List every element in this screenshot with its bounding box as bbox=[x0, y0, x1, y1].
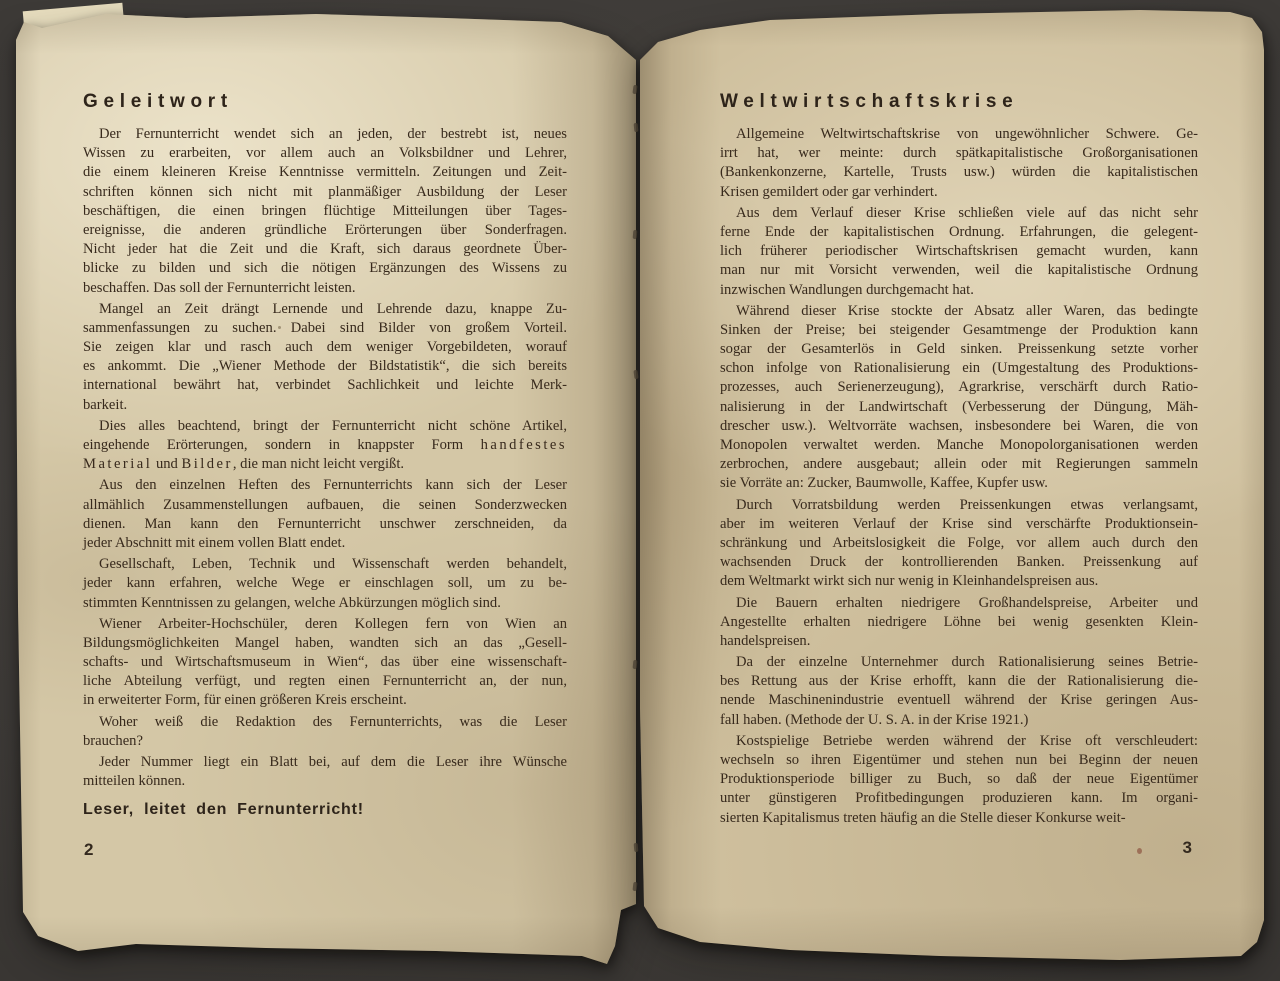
text-line: Kostspielige Betriebe werden während der… bbox=[720, 732, 1198, 751]
page-number: 2 bbox=[84, 840, 93, 860]
text-line: Wiener Arbeiter-Hochschüler, deren Kolle… bbox=[83, 615, 567, 634]
text-line: jeder Abschnitt mit einem vollen Blatt e… bbox=[83, 534, 567, 553]
binding-stitch bbox=[632, 85, 637, 94]
page-right-wrap: Weltwirtschaftskrise Allgemeine Weltwirt… bbox=[640, 8, 1264, 964]
text-line: zerbrochen, andere ausgebaut; allein ode… bbox=[720, 455, 1198, 474]
page-body: Allgemeine Weltwirtschaftskrise von unge… bbox=[720, 125, 1198, 828]
paragraph: Jeder Nummer liegt ein Blatt bei, auf de… bbox=[83, 753, 567, 791]
text-line: irrt hat, wer meinte: durch spätkapitali… bbox=[720, 144, 1198, 163]
text-line: Sie zeigen klar und rasch auch dem wenig… bbox=[83, 338, 567, 357]
text-line: Bildungsmöglichkeiten Mangel haben, wand… bbox=[83, 634, 567, 653]
letterspaced-emphasis: handfestes bbox=[481, 437, 567, 453]
paragraph: Durch Vorratsbildung werden Preissenkung… bbox=[720, 496, 1198, 592]
binding-stitch bbox=[633, 370, 638, 379]
text-line: sammenfassungen zu suchen. Dabei sind Bi… bbox=[83, 319, 567, 338]
paragraph: Gesellschaft, Leben, Technik und Wissens… bbox=[83, 555, 567, 613]
text-line: unter günstigeren Profitbedingungen prod… bbox=[720, 789, 1198, 808]
text-line: Allgemeine Weltwirtschaftskrise von unge… bbox=[720, 125, 1198, 144]
paragraph: Die Bauern erhalten niedrigere Großhande… bbox=[720, 594, 1198, 652]
paragraph: Aus den einzelnen Heften des Fernunterri… bbox=[83, 476, 567, 553]
paragraph: Da der einzelne Unternehmer durch Ration… bbox=[720, 653, 1198, 730]
text-line: Da der einzelne Unternehmer durch Ration… bbox=[720, 653, 1198, 672]
binding-stitch bbox=[634, 123, 639, 132]
text-line: Material und Bilder, die man nicht leich… bbox=[83, 455, 567, 474]
text-line: lich früherer periodischer Wirtschaftskr… bbox=[720, 242, 1198, 261]
paragraph: Kostspielige Betriebe werden während der… bbox=[720, 732, 1198, 828]
text-line: schafts- und Wirtschaftsmuseum in Wien“,… bbox=[83, 653, 567, 672]
text-line: Angestellte erhalten niedrigere Löhne be… bbox=[720, 613, 1198, 632]
page-number: 3 bbox=[1183, 838, 1192, 858]
text-line: Sinken der Preise; bei steigender Gesamt… bbox=[720, 321, 1198, 340]
text-line: Die Bauern erhalten niedrigere Großhande… bbox=[720, 594, 1198, 613]
text-line: prozesses, auch Serienerzeugung), Agrark… bbox=[720, 378, 1198, 397]
text-line: dem Weltmarkt wirkt sich nur wenig in Kl… bbox=[720, 572, 1198, 591]
text-line: schriften können sich nicht mit planmäßi… bbox=[83, 183, 567, 202]
text-line: fall haben. (Methode der U. S. A. in der… bbox=[720, 711, 1198, 730]
book-scan: Geleitwort Der Fernunterricht wendet sic… bbox=[0, 0, 1280, 981]
page-left-content: Geleitwort Der Fernunterricht wendet sic… bbox=[83, 92, 567, 793]
text-line: (Bankenkonzerne, Kartelle, Trusts usw.) … bbox=[720, 163, 1198, 182]
text-line: barkeit. bbox=[83, 396, 567, 415]
text-line: sierten Kapitalismus treten häufig an di… bbox=[720, 809, 1198, 828]
paper-speck bbox=[1137, 848, 1142, 854]
text-line: jeder kann erfahren, welche Wege er eins… bbox=[83, 574, 567, 593]
paragraph: Dies alles beachtend, bringt der Fernunt… bbox=[83, 417, 567, 475]
text-line: stimmten Kenntnissen zu gelangen, welche… bbox=[83, 594, 567, 613]
closing-line: Leser, leitet den Fernunterricht! bbox=[83, 801, 364, 819]
text-line: beschäftigen, die einen bringen flüchtig… bbox=[83, 202, 567, 221]
binding-stitch bbox=[633, 230, 638, 239]
text-line: dienen. Man kann den Fernunterricht unsc… bbox=[83, 515, 567, 534]
text-line: sogar der Gesamterlös in Geld sinken. Pr… bbox=[720, 340, 1198, 359]
text-line: liche Abteilung verfügt, und regten eine… bbox=[83, 672, 567, 691]
text-line: inzwischen Wandlungen durchgemacht hat. bbox=[720, 281, 1198, 300]
paragraph: Mangel an Zeit drängt Lernende und Lehre… bbox=[83, 300, 567, 415]
text-line: Jeder Nummer liegt ein Blatt bei, auf de… bbox=[83, 753, 567, 772]
text-line: ereignisse, die anderen gründliche Erört… bbox=[83, 221, 567, 240]
text-line: in erweiterter Form, für einen größeren … bbox=[83, 691, 567, 710]
text-line: drescher usw.). Weltvorräte wachsen, ins… bbox=[720, 417, 1198, 436]
text-line: Woher weiß die Redaktion des Fernunterri… bbox=[83, 713, 567, 732]
text-line: aber im weiteren Verlauf der Krise sind … bbox=[720, 515, 1198, 534]
text-line: bes Rettung aus der Krise erhofft, kann … bbox=[720, 672, 1198, 691]
text-line: wechseln so ihren Eigentümer und stehen … bbox=[720, 751, 1198, 770]
text-line: nende Maschinenindustrie eventuell währe… bbox=[720, 691, 1198, 710]
paragraph: Aus dem Verlauf dieser Krise schließen v… bbox=[720, 204, 1198, 300]
text-line: schon infolge von Rationalisierung ein (… bbox=[720, 359, 1198, 378]
paragraph: Während dieser Krise stockte der Absatz … bbox=[720, 302, 1198, 494]
text-line: schränkung und Arbeitslosigkeit die Folg… bbox=[720, 534, 1198, 553]
letterspaced-emphasis: Material bbox=[83, 456, 152, 472]
text-line: mitteilen können. bbox=[83, 772, 567, 791]
letterspaced-emphasis: Bilder bbox=[181, 456, 232, 472]
page-body: Der Fernunterricht wendet sich an jeden,… bbox=[83, 125, 567, 791]
text-line: Mangel an Zeit drängt Lernende und Lehre… bbox=[83, 300, 567, 319]
text-line: eingehende Erörterungen, sondern in knap… bbox=[83, 436, 567, 455]
text-line: ferne Ende der kapitalistischen Ordnung.… bbox=[720, 223, 1198, 242]
text-line: wachsenden Druck der kontrollierenden Ba… bbox=[720, 553, 1198, 572]
text-line: brauchen? bbox=[83, 732, 567, 751]
text-line: Wissen zu erarbeiten, vor allem auch an … bbox=[83, 144, 567, 163]
text-line: international bewährt hat, verbindet Sac… bbox=[83, 376, 567, 395]
page-heading: Geleitwort bbox=[83, 92, 567, 112]
text-line: Aus den einzelnen Heften des Fernunterri… bbox=[83, 476, 567, 495]
text-line: es ankommt. Die „Wiener Methode der Bild… bbox=[83, 357, 567, 376]
text-line: Krisen gemildert oder gar verhindert. bbox=[720, 183, 1198, 202]
text-line: Durch Vorratsbildung werden Preissenkung… bbox=[720, 496, 1198, 515]
text-line: beschaffen. Das soll der Fernunterricht … bbox=[83, 279, 567, 298]
page-left: Geleitwort Der Fernunterricht wendet sic… bbox=[16, 6, 636, 964]
text-line: Der Fernunterricht wendet sich an jeden,… bbox=[83, 125, 567, 144]
paragraph: Allgemeine Weltwirtschaftskrise von unge… bbox=[720, 125, 1198, 202]
binding-stitch bbox=[634, 843, 639, 852]
text-line: nalisierung in der Landwirtschaft (Verbe… bbox=[720, 398, 1198, 417]
page-left-wrap: Geleitwort Der Fernunterricht wendet sic… bbox=[16, 6, 636, 964]
text-line: Dies alles beachtend, bringt der Fernunt… bbox=[83, 417, 567, 436]
paragraph: Wiener Arbeiter-Hochschüler, deren Kolle… bbox=[83, 615, 567, 711]
paragraph: Woher weiß die Redaktion des Fernunterri… bbox=[83, 713, 567, 751]
text-line: Produktionsperiode billiger zu Buch, so … bbox=[720, 770, 1198, 789]
text-line: Nicht jeder hat die Zeit und die Kraft, … bbox=[83, 240, 567, 259]
binding-stitch bbox=[632, 882, 637, 891]
text-line: Aus dem Verlauf dieser Krise schließen v… bbox=[720, 204, 1198, 223]
text-line: allmählich Zusammenstellungen aufbauen, … bbox=[83, 496, 567, 515]
paragraph: Der Fernunterricht wendet sich an jeden,… bbox=[83, 125, 567, 298]
text-line: blicke zu bilden und sich die nötigen Er… bbox=[83, 259, 567, 278]
text-line: man nur mit Vorsicht verwenden, weil die… bbox=[720, 261, 1198, 280]
text-line: Während dieser Krise stockte der Absatz … bbox=[720, 302, 1198, 321]
text-line: Monopolen verwaltet werden. Manche Monop… bbox=[720, 436, 1198, 455]
page-right-content: Weltwirtschaftskrise Allgemeine Weltwirt… bbox=[720, 92, 1198, 830]
page-heading: Weltwirtschaftskrise bbox=[720, 92, 1198, 112]
page-right: Weltwirtschaftskrise Allgemeine Weltwirt… bbox=[640, 8, 1264, 964]
text-line: Gesellschaft, Leben, Technik und Wissens… bbox=[83, 555, 567, 574]
binding-stitch bbox=[633, 660, 638, 669]
text-line: handelspreisen. bbox=[720, 632, 1198, 651]
text-line: die einem kleineren Kreise Kenntnisse ve… bbox=[83, 163, 567, 182]
text-line: sie Vorräte an: Zucker, Baumwolle, Kaffe… bbox=[720, 474, 1198, 493]
